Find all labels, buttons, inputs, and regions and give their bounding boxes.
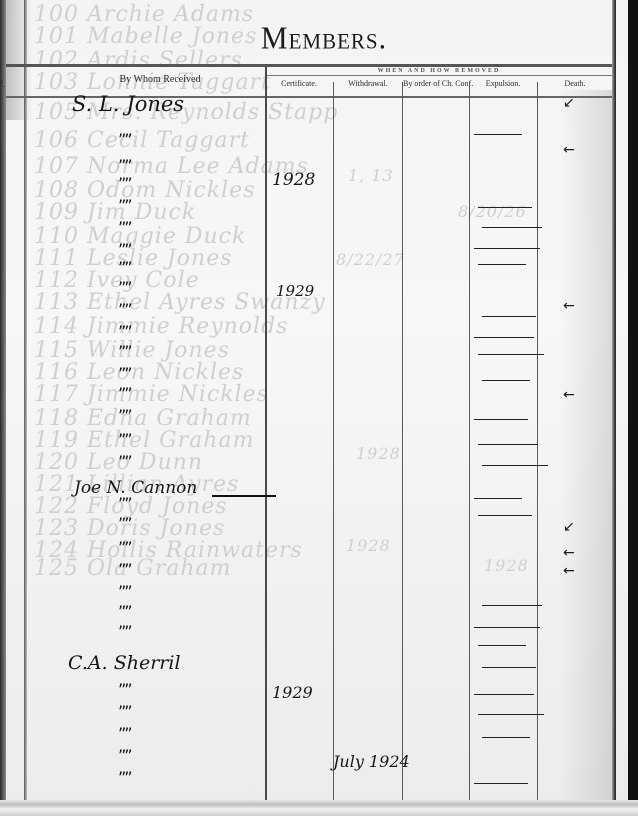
right-margin-rule	[612, 0, 616, 800]
bleed-through-note: 1928	[356, 444, 401, 463]
expulsion-dash	[474, 627, 540, 628]
ditto-mark: ””	[118, 702, 131, 721]
column-divider-certificate	[333, 82, 334, 815]
expulsion-dash	[482, 227, 542, 228]
ditto-mark: ””	[118, 494, 131, 513]
ditto-mark: ””	[118, 218, 131, 237]
death-check-mark: ←	[563, 142, 575, 158]
death-check-mark: ↙	[563, 519, 575, 535]
ditto-mark: ””	[118, 724, 131, 743]
expulsion-dash	[478, 354, 544, 355]
expulsion-dash	[474, 783, 528, 784]
certificate-year: 1929	[272, 683, 313, 702]
ditto-mark: ””	[118, 278, 131, 297]
stub-column-label: f.	[0, 79, 5, 89]
column-divider-withdrawal	[402, 82, 403, 815]
received-by-name: C.A. Sherril	[68, 652, 181, 674]
header-death: Death.	[538, 79, 612, 88]
certificate-year: 1928	[272, 170, 315, 190]
ditto-mark: ””	[118, 406, 131, 425]
column-divider-ch-conf	[469, 82, 470, 815]
bleed-through-note: 1, 13	[348, 166, 394, 185]
header-top-rule	[6, 64, 612, 67]
ditto-mark: ””	[118, 384, 131, 403]
bleed-through-line: 125 Ola Graham	[34, 556, 232, 581]
expulsion-dash	[474, 337, 534, 338]
ditto-mark: ””	[118, 174, 131, 193]
bleed-through-line: 107 Norma Lee Adams	[34, 154, 309, 179]
header-expulsion: Expulsion.	[470, 79, 536, 88]
expulsion-dash	[478, 207, 532, 208]
ditto-mark: ””	[118, 514, 131, 533]
ditto-mark: ””	[118, 680, 131, 699]
death-check-mark: ↙	[563, 95, 575, 111]
ditto-mark: ””	[118, 240, 131, 259]
column-divider-main	[265, 67, 267, 800]
page-title: Members.	[0, 22, 638, 56]
signature-flourish	[212, 495, 276, 497]
death-check-mark: ←	[563, 387, 575, 403]
left-margin-rule	[24, 0, 27, 800]
ledger-page: 100 Archie Adams101 Mabelle Jones102 Ard…	[0, 0, 638, 816]
header-when-and-how-removed: When and How Removed	[266, 68, 612, 74]
ditto-mark: ””	[118, 300, 131, 319]
ditto-mark: ””	[118, 768, 131, 787]
death-check-mark: ←	[563, 298, 575, 314]
ditto-mark: ””	[118, 156, 131, 175]
death-check-mark: ←	[563, 545, 575, 561]
binding-shadow	[6, 0, 32, 120]
header-by-order-of-ch-conf: By order of Ch. Conf.	[403, 79, 469, 88]
expulsion-dash	[474, 498, 522, 499]
column-divider-expulsion	[537, 82, 538, 815]
group-underline-rule	[266, 75, 612, 76]
ditto-mark: ””	[118, 538, 131, 557]
ditto-mark: ””	[118, 322, 131, 341]
expulsion-dash	[482, 316, 536, 317]
received-by-name: Joe N. Cannon	[74, 478, 197, 498]
header-by-whom-received: By Whom Received	[60, 74, 260, 85]
right-shade	[560, 90, 612, 800]
expulsion-dash	[482, 605, 542, 606]
expulsion-dash	[474, 694, 534, 695]
bleed-through-note: 1928	[484, 556, 529, 575]
expulsion-dash	[474, 134, 522, 135]
ditto-mark: ””	[118, 560, 131, 579]
ditto-mark: ””	[118, 452, 131, 471]
expulsion-dash	[482, 380, 530, 381]
bleed-through-line: 109 Jim Duck	[34, 200, 196, 225]
binding-edge	[0, 0, 6, 800]
bleed-through-line: 114 Jimmie Reynolds	[34, 314, 288, 339]
expulsion-dash	[482, 667, 536, 668]
right-page-edge	[628, 0, 638, 816]
header-certificate: Certificate.	[266, 79, 332, 88]
bleed-through-line: 106 Cecil Taggart	[34, 128, 250, 153]
bleed-through-note: 8/22/27	[336, 250, 405, 269]
expulsion-dash	[474, 248, 540, 249]
expulsion-dash	[482, 465, 548, 466]
ditto-mark: ””	[118, 130, 131, 149]
bleed-through-line: 117 Jimmie Nickles	[34, 382, 269, 407]
ditto-mark: ””	[118, 622, 131, 641]
ditto-mark: ””	[118, 602, 131, 621]
page-title-text: Members.	[261, 21, 387, 57]
expulsion-dash	[478, 714, 544, 715]
expulsion-dash	[482, 737, 530, 738]
expulsion-dash	[478, 444, 538, 445]
ditto-mark: ””	[118, 196, 131, 215]
header-withdrawal: Withdrawal.	[334, 79, 402, 88]
ditto-mark: ””	[118, 258, 131, 277]
expulsion-dash	[474, 419, 528, 420]
ditto-mark: ””	[118, 342, 131, 361]
bleed-through-note: 1928	[346, 536, 391, 555]
ditto-mark: ””	[118, 364, 131, 383]
ditto-mark: ””	[118, 746, 131, 765]
expulsion-dash	[478, 264, 526, 265]
expulsion-dash	[478, 515, 532, 516]
ditto-mark: ””	[118, 582, 131, 601]
page-bottom-edge	[0, 800, 638, 816]
ditto-mark: ””	[118, 430, 131, 449]
received-by-name: S. L. Jones	[72, 92, 184, 116]
death-check-mark: ←	[563, 563, 575, 579]
expulsion-dash	[478, 645, 526, 646]
withdrawal-date: July 1924	[333, 752, 410, 771]
certificate-year: 1929	[276, 282, 314, 300]
